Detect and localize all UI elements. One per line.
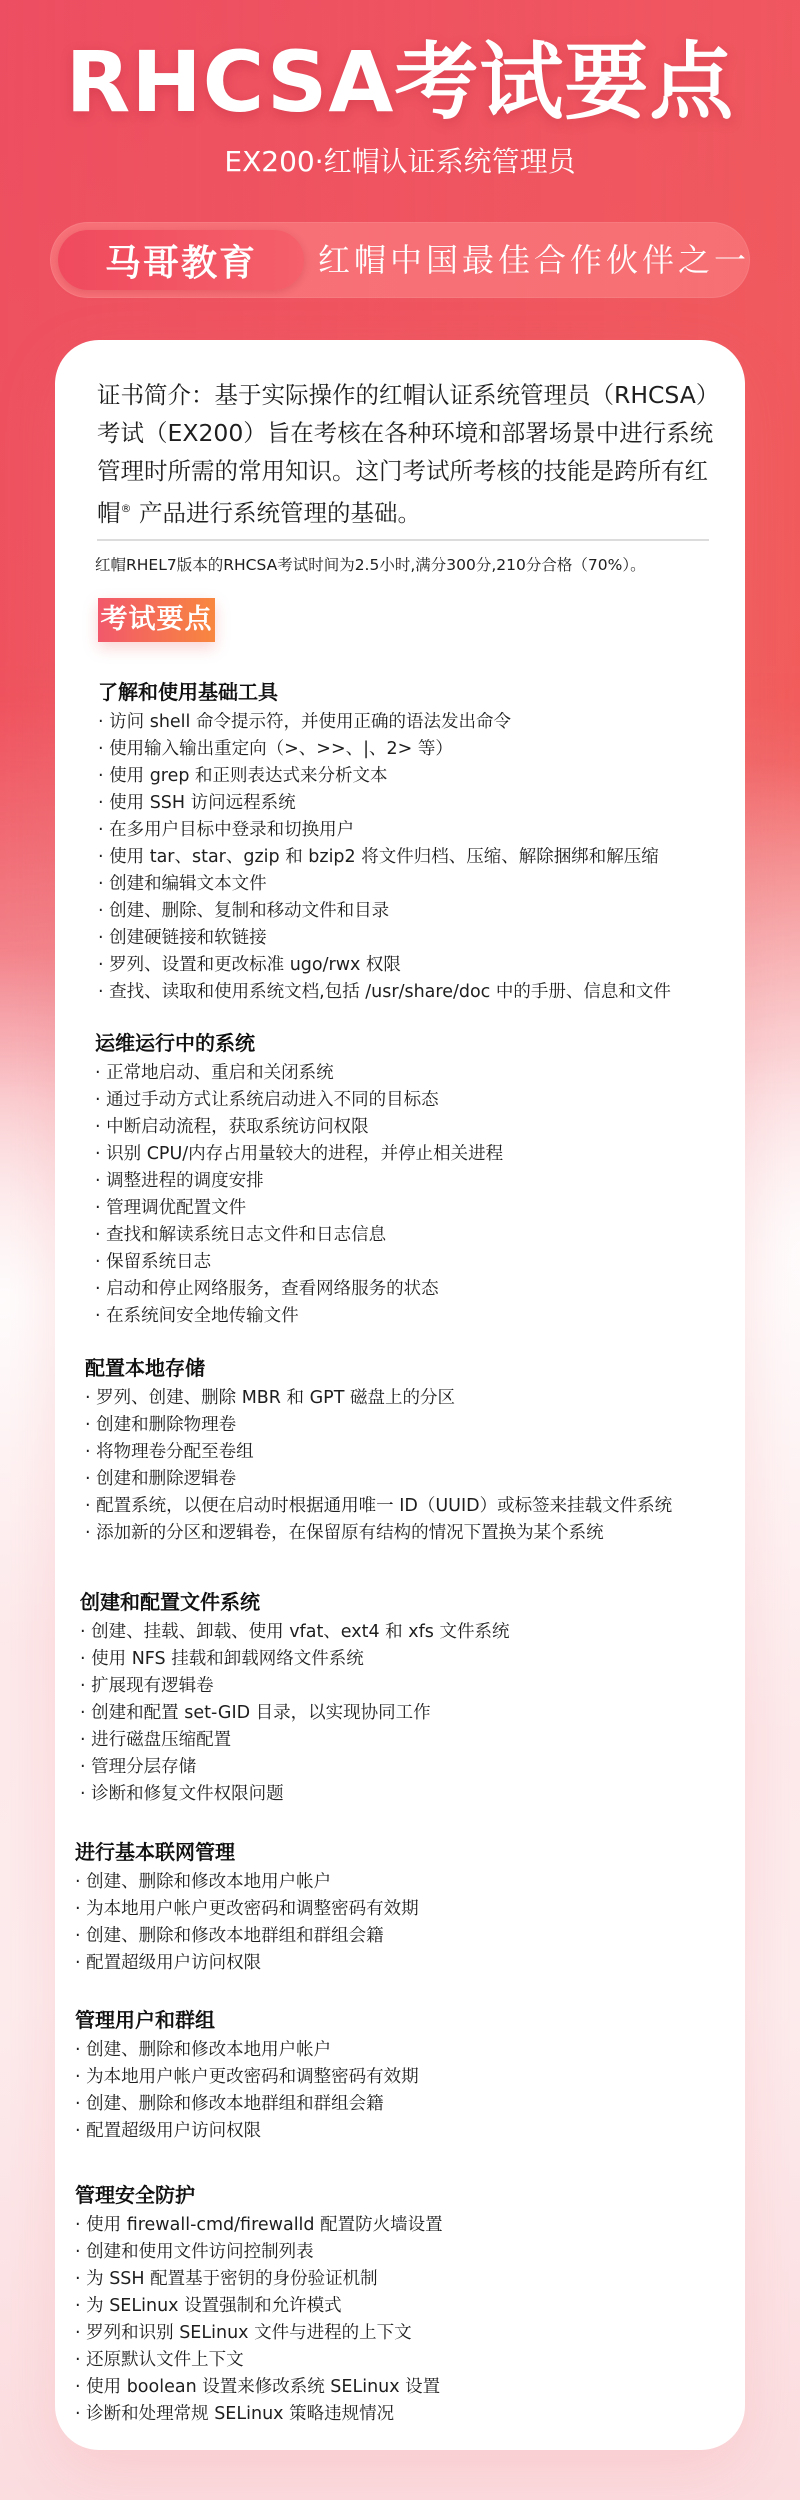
list-item: 正常地启动、重启和关闭系统 (95, 1060, 785, 1087)
list-item: 在多用户目标中登录和切换用户 (98, 817, 788, 844)
list-item: 识别 CPU/内存占用量较大的进程，并停止相关进程 (95, 1141, 785, 1168)
list-item: 通过手动方式让系统启动进入不同的目标态 (95, 1087, 785, 1114)
list-item: 将物理卷分配至卷组 (85, 1439, 775, 1466)
list-item: 为 SELinux 设置强制和允许模式 (75, 2293, 765, 2320)
list-item: 诊断和处理常规 SELinux 策略违规情况 (75, 2401, 765, 2428)
list-item: 创建和使用文件访问控制列表 (75, 2239, 765, 2266)
section-title: 了解和使用基础工具 (98, 677, 788, 707)
list-item: 配置超级用户访问权限 (75, 1950, 765, 1977)
item-list: 正常地启动、重启和关闭系统 通过手动方式让系统启动进入不同的目标态 中断启动流程… (95, 1060, 785, 1330)
content-card: 证书简介：基于实际操作的红帽认证系统管理员（RHCSA）考试（EX200）旨在考… (55, 340, 745, 2450)
list-item: 使用 grep 和正则表达式来分析文本 (98, 763, 788, 790)
list-item: 查找和解读系统日志文件和日志信息 (95, 1222, 785, 1249)
list-item: 创建硬链接和软链接 (98, 925, 788, 952)
intro-text-tail: 产品进行系统管理的基础。 (132, 499, 421, 527)
section-tag-exam-points: 考试要点 (98, 598, 215, 642)
list-item: 创建、删除和修改本地用户帐户 (75, 1869, 765, 1896)
list-item: 使用 tar、star、gzip 和 bzip2 将文件归档、压缩、解除捆绑和解… (98, 844, 788, 871)
list-item: 罗列、设置和更改标准 ugo/rwx 权限 (98, 952, 788, 979)
list-item: 创建、删除、复制和移动文件和目录 (98, 898, 788, 925)
list-item: 查找、读取和使用系统文档,包括 /usr/share/doc 中的手册、信息和文… (98, 979, 788, 1006)
section-basic-tools: 了解和使用基础工具 访问 shell 命令提示符，并使用正确的语法发出命令 使用… (98, 677, 788, 1006)
brand-banner: 马哥教育 红帽中国最佳合作伙伴之一 (50, 222, 750, 298)
item-list: 罗列、创建、删除 MBR 和 GPT 磁盘上的分区 创建和删除物理卷 将物理卷分… (85, 1385, 775, 1547)
item-list: 创建、删除和修改本地用户帐户 为本地用户帐户更改密码和调整密码有效期 创建、删除… (75, 2037, 765, 2145)
section-title: 进行基本联网管理 (75, 1837, 765, 1867)
list-item: 管理调优配置文件 (95, 1195, 785, 1222)
registered-mark: ® (121, 502, 132, 515)
section-title: 创建和配置文件系统 (80, 1587, 770, 1617)
section-users-groups: 管理用户和群组 创建、删除和修改本地用户帐户 为本地用户帐户更改密码和调整密码有… (75, 2005, 765, 2145)
item-list: 创建、挂载、卸载、使用 vfat、ext4 和 xfs 文件系统 使用 NFS … (80, 1619, 770, 1808)
list-item: 创建和删除逻辑卷 (85, 1466, 775, 1493)
list-item: 创建、挂载、卸载、使用 vfat、ext4 和 xfs 文件系统 (80, 1619, 770, 1646)
list-item: 使用 firewall-cmd/firewalld 配置防火墙设置 (75, 2212, 765, 2239)
section-security: 管理安全防护 使用 firewall-cmd/firewalld 配置防火墙设置… (75, 2180, 765, 2428)
item-list: 创建、删除和修改本地用户帐户 为本地用户帐户更改密码和调整密码有效期 创建、删除… (75, 1869, 765, 1977)
list-item: 创建、删除和修改本地群组和群组会籍 (75, 1923, 765, 1950)
list-item: 创建、删除和修改本地用户帐户 (75, 2037, 765, 2064)
list-item: 使用输入输出重定向（>、>>、|、2> 等） (98, 736, 788, 763)
list-item: 中断启动流程，获取系统访问权限 (95, 1114, 785, 1141)
list-item: 诊断和修复文件权限问题 (80, 1781, 770, 1808)
list-item: 调整进程的调度安排 (95, 1168, 785, 1195)
section-title: 管理用户和群组 (75, 2005, 765, 2035)
list-item: 创建、删除和修改本地群组和群组会籍 (75, 2091, 765, 2118)
brand-slogan: 红帽中国最佳合作伙伴之一 (318, 222, 750, 298)
list-item: 罗列、创建、删除 MBR 和 GPT 磁盘上的分区 (85, 1385, 775, 1412)
list-item: 配置超级用户访问权限 (75, 2118, 765, 2145)
list-item: 进行磁盘压缩配置 (80, 1727, 770, 1754)
section-basic-networking: 进行基本联网管理 创建、删除和修改本地用户帐户 为本地用户帐户更改密码和调整密码… (75, 1837, 765, 1977)
section-title: 运维运行中的系统 (95, 1028, 785, 1058)
page-subtitle: EX200·红帽认证系统管理员 (0, 142, 800, 182)
list-item: 还原默认文件上下文 (75, 2347, 765, 2374)
list-item: 使用 NFS 挂载和卸载网络文件系统 (80, 1646, 770, 1673)
list-item: 在系统间安全地传输文件 (95, 1303, 785, 1330)
list-item: 使用 boolean 设置来修改系统 SELinux 设置 (75, 2374, 765, 2401)
list-item: 保留系统日志 (95, 1249, 785, 1276)
list-item: 创建和编辑文本文件 (98, 871, 788, 898)
divider (97, 539, 709, 541)
list-item: 访问 shell 命令提示符，并使用正确的语法发出命令 (98, 709, 788, 736)
list-item: 创建和删除物理卷 (85, 1412, 775, 1439)
section-title: 管理安全防护 (75, 2180, 765, 2210)
list-item: 创建和配置 set-GID 目录，以实现协同工作 (80, 1700, 770, 1727)
list-item: 罗列和识别 SELinux 文件与进程的上下文 (75, 2320, 765, 2347)
section-local-storage: 配置本地存储 罗列、创建、删除 MBR 和 GPT 磁盘上的分区 创建和删除物理… (85, 1353, 775, 1547)
page-title: RHCSA考试要点 (0, 32, 800, 132)
exam-note: 红帽RHEL7版本的RHCSA考试时间为2.5小时,满分300分,210分合格（… (95, 552, 735, 578)
brand-badge: 马哥教育 (58, 230, 304, 290)
certificate-intro: 证书简介：基于实际操作的红帽认证系统管理员（RHCSA）考试（EX200）旨在考… (97, 376, 717, 532)
section-file-systems: 创建和配置文件系统 创建、挂载、卸载、使用 vfat、ext4 和 xfs 文件… (80, 1587, 770, 1808)
item-list: 访问 shell 命令提示符，并使用正确的语法发出命令 使用输入输出重定向（>、… (98, 709, 788, 1006)
list-item: 配置系统，以便在启动时根据通用唯一 ID（UUID）或标签来挂载文件系统 (85, 1493, 775, 1520)
list-item: 扩展现有逻辑卷 (80, 1673, 770, 1700)
list-item: 使用 SSH 访问远程系统 (98, 790, 788, 817)
list-item: 为 SSH 配置基于密钥的身份验证机制 (75, 2266, 765, 2293)
list-item: 为本地用户帐户更改密码和调整密码有效期 (75, 1896, 765, 1923)
list-item: 启动和停止网络服务，查看网络服务的状态 (95, 1276, 785, 1303)
section-running-systems: 运维运行中的系统 正常地启动、重启和关闭系统 通过手动方式让系统启动进入不同的目… (95, 1028, 785, 1330)
section-title: 配置本地存储 (85, 1353, 775, 1383)
list-item: 为本地用户帐户更改密码和调整密码有效期 (75, 2064, 765, 2091)
list-item: 添加新的分区和逻辑卷，在保留原有结构的情况下置换为某个系统 (85, 1520, 775, 1547)
item-list: 使用 firewall-cmd/firewalld 配置防火墙设置 创建和使用文… (75, 2212, 765, 2428)
list-item: 管理分层存储 (80, 1754, 770, 1781)
